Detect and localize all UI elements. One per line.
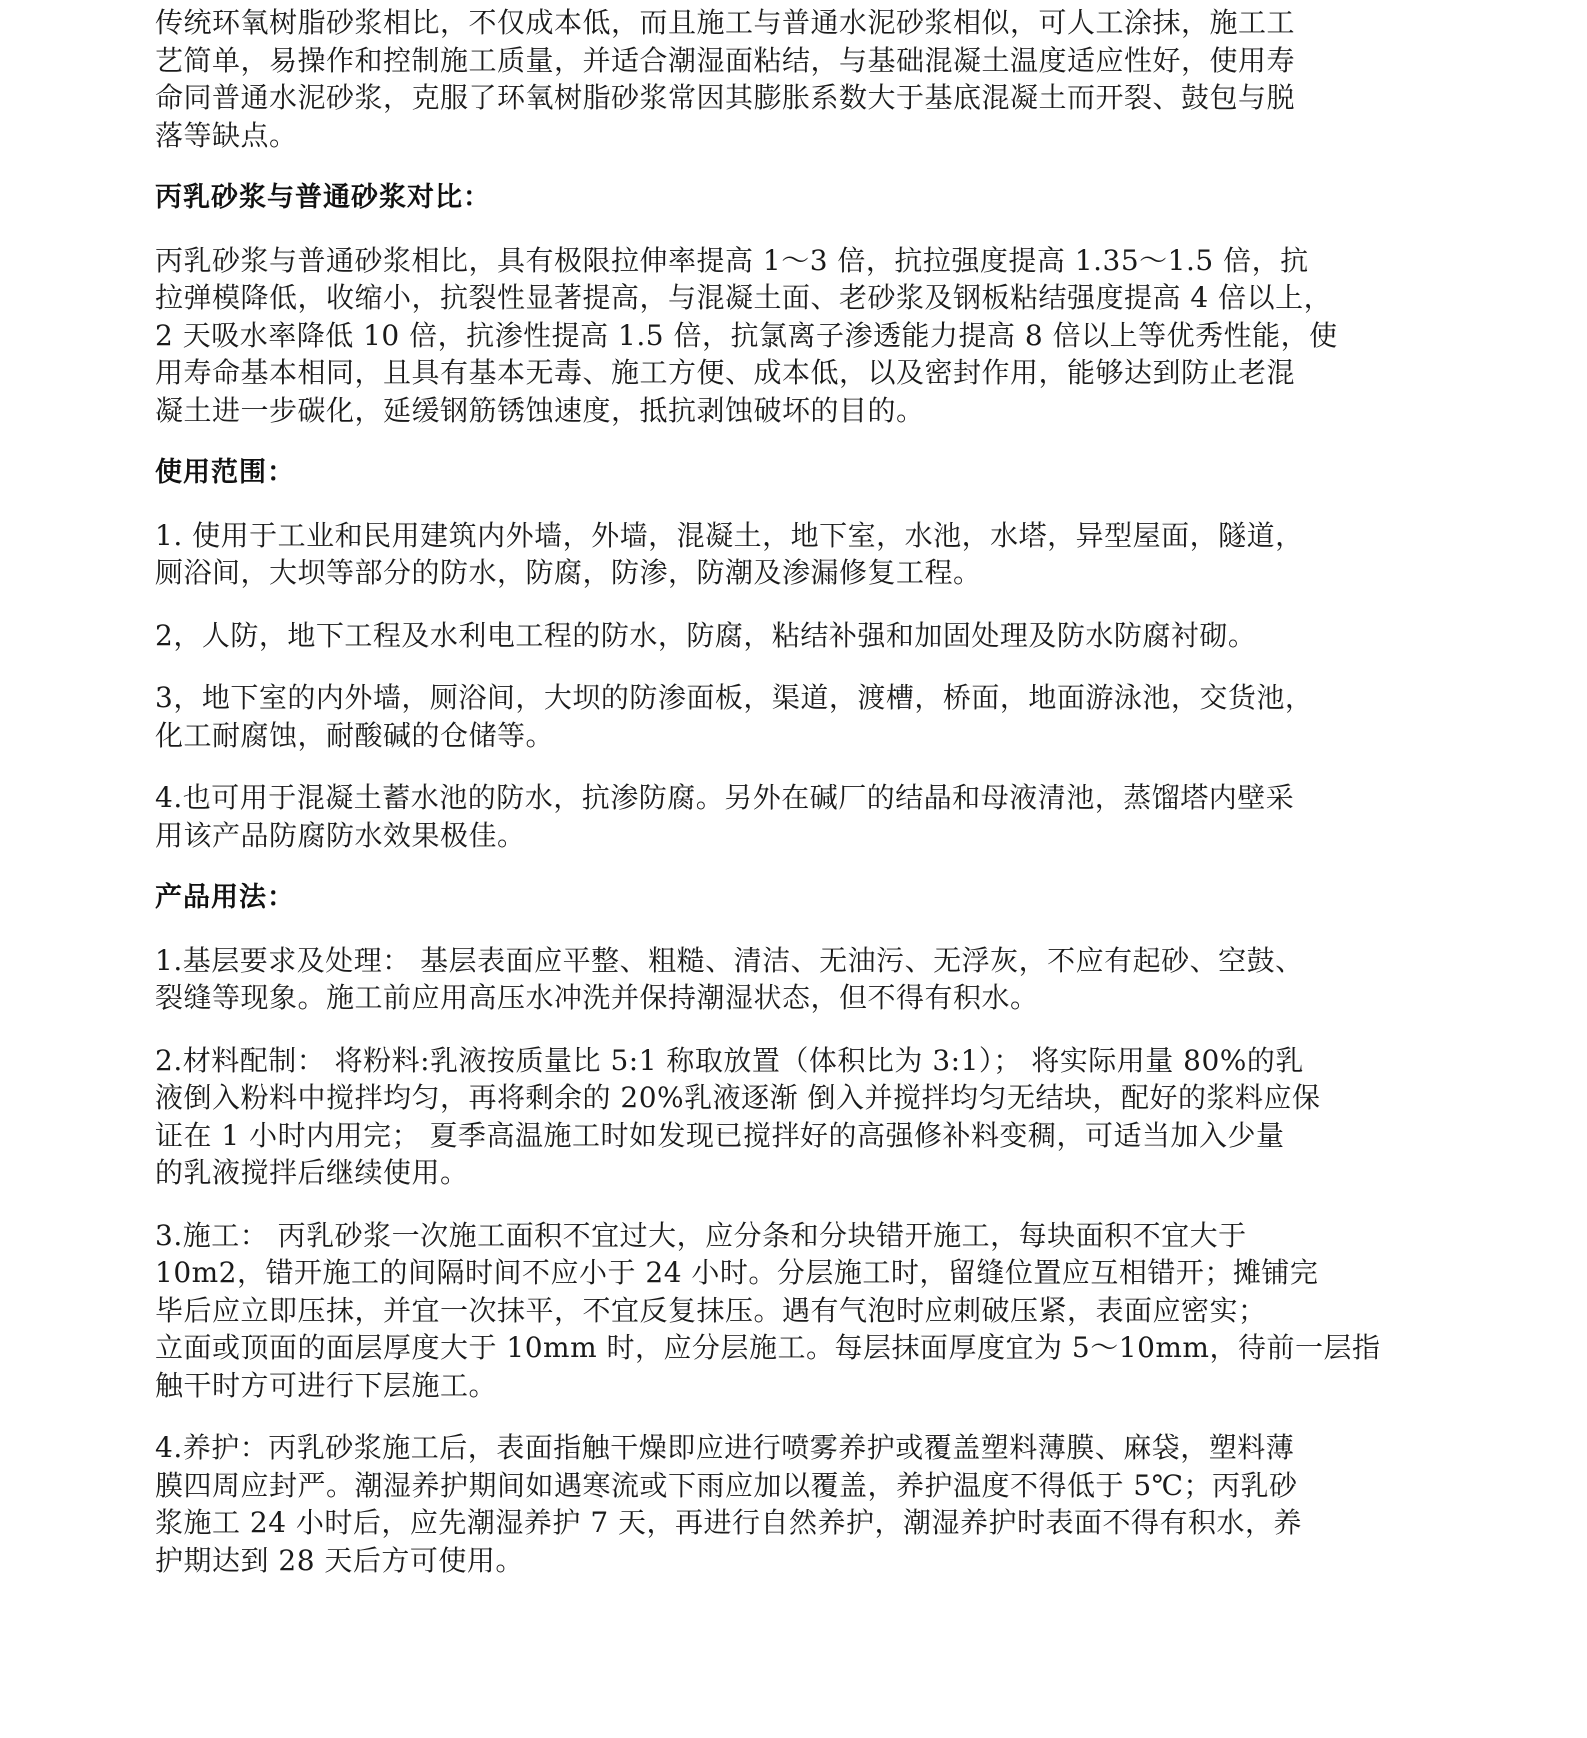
paragraph-scope-item-3: 3，地下室的内外墙，厕浴间，大坝的防渗面板，渠道，渡槽，桥面，地面游泳池，交货池… xyxy=(155,679,1455,754)
text-line: 膜四周应封严。潮湿养护期间如遇寒流或下雨应加以覆盖，养护温度不得低于 5℃；丙乳… xyxy=(155,1467,1455,1505)
text-line: 毕后应立即压抹，并宜一次抹平，不宜反复抹压。遇有气泡时应刺破压紧，表面应密实； xyxy=(155,1292,1455,1330)
paragraph-usage-step-3: 3.施工： 丙乳砂浆一次施工面积不宜过大，应分条和分块错开施工，每块面积不宜大于… xyxy=(155,1217,1455,1405)
text-line: 用寿命基本相同，且具有基本无毒、施工方便、成本低，以及密封作用，能够达到防止老混 xyxy=(155,354,1455,392)
text-line: 护期达到 28 天后方可使用。 xyxy=(155,1542,1455,1580)
paragraph-usage-step-1: 1.基层要求及处理： 基层表面应平整、粗糙、清洁、无油污、无浮灰，不应有起砂、空… xyxy=(155,942,1455,1017)
text-line: 4.养护：丙乳砂浆施工后，表面指触干燥即应进行喷雾养护或覆盖塑料薄膜、麻袋，塑料… xyxy=(155,1429,1455,1467)
paragraph-scope-item-1: 1. 使用于工业和民用建筑内外墙，外墙，混凝土，地下室，水池，水塔，异型屋面，隧… xyxy=(155,517,1455,592)
paragraph-scope-item-4: 4.也可用于混凝土蓄水池的防水，抗渗防腐。另外在碱厂的结晶和母液清池，蒸馏塔内壁… xyxy=(155,779,1455,854)
text-line: 4.也可用于混凝土蓄水池的防水，抗渗防腐。另外在碱厂的结晶和母液清池，蒸馏塔内壁… xyxy=(155,779,1455,817)
paragraph-usage-step-2: 2.材料配制： 将粉料:乳液按质量比 5:1 称取放置（体积比为 3:1）； 将… xyxy=(155,1042,1455,1192)
text-line: 的乳液搅拌后继续使用。 xyxy=(155,1154,1455,1192)
paragraph-usage-step-4: 4.养护：丙乳砂浆施工后，表面指触干燥即应进行喷雾养护或覆盖塑料薄膜、麻袋，塑料… xyxy=(155,1429,1455,1579)
text-line: 1. 使用于工业和民用建筑内外墙，外墙，混凝土，地下室，水池，水塔，异型屋面，隧… xyxy=(155,517,1455,555)
text-line: 命同普通水泥砂浆，克服了环氧树脂砂浆常因其膨胀系数大于基底混凝土而开裂、鼓包与脱 xyxy=(155,79,1455,117)
text-line: 艺简单，易操作和控制施工质量，并适合潮湿面粘结，与基础混凝土温度适应性好，使用寿 xyxy=(155,42,1455,80)
document-page: 传统环氧树脂砂浆相比，不仅成本低，而且施工与普通水泥砂浆相似，可人工涂抹，施工工… xyxy=(155,4,1455,1604)
text-line: 立面或顶面的面层厚度大于 10mm 时，应分层施工。每层抹面厚度宜为 5～10m… xyxy=(155,1329,1455,1367)
text-line: 2 天吸水率降低 10 倍，抗渗性提高 1.5 倍，抗氯离子渗透能力提高 8 倍… xyxy=(155,317,1455,355)
text-line: 3.施工： 丙乳砂浆一次施工面积不宜过大，应分条和分块错开施工，每块面积不宜大于 xyxy=(155,1217,1455,1255)
text-line: 2，人防，地下工程及水利电工程的防水，防腐，粘结补强和加固处理及防水防腐衬砌。 xyxy=(155,617,1455,655)
paragraph-scope-item-2: 2，人防，地下工程及水利电工程的防水，防腐，粘结补强和加固处理及防水防腐衬砌。 xyxy=(155,617,1455,655)
text-line: 传统环氧树脂砂浆相比，不仅成本低，而且施工与普通水泥砂浆相似，可人工涂抹，施工工 xyxy=(155,4,1455,42)
paragraph-comparison: 丙乳砂浆与普通砂浆相比，具有极限拉伸率提高 1～3 倍，抗拉强度提高 1.35～… xyxy=(155,242,1455,430)
text-line: 触干时方可进行下层施工。 xyxy=(155,1367,1455,1405)
heading-scope-of-use: 使用范围： xyxy=(155,454,1455,492)
text-line: 丙乳砂浆与普通砂浆相比，具有极限拉伸率提高 1～3 倍，抗拉强度提高 1.35～… xyxy=(155,242,1455,280)
text-line: 裂缝等现象。施工前应用高压水冲洗并保持潮湿状态，但不得有积水。 xyxy=(155,979,1455,1017)
text-line: 3，地下室的内外墙，厕浴间，大坝的防渗面板，渠道，渡槽，桥面，地面游泳池，交货池… xyxy=(155,679,1455,717)
paragraph-epoxy-comparison: 传统环氧树脂砂浆相比，不仅成本低，而且施工与普通水泥砂浆相似，可人工涂抹，施工工… xyxy=(155,4,1455,154)
text-line: 10m2，错开施工的间隔时间不应小于 24 小时。分层施工时，留缝位置应互相错开… xyxy=(155,1254,1455,1292)
text-line: 1.基层要求及处理： 基层表面应平整、粗糙、清洁、无油污、无浮灰，不应有起砂、空… xyxy=(155,942,1455,980)
text-line: 凝土进一步碳化，延缓钢筋锈蚀速度，抵抗剥蚀破坏的目的。 xyxy=(155,392,1455,430)
heading-comparison: 丙乳砂浆与普通砂浆对比： xyxy=(155,179,1455,217)
text-line: 液倒入粉料中搅拌均匀，再将剩余的 20%乳液逐渐 倒入并搅拌均匀无结块，配好的浆… xyxy=(155,1079,1455,1117)
text-line: 化工耐腐蚀，耐酸碱的仓储等。 xyxy=(155,717,1455,755)
text-line: 厕浴间，大坝等部分的防水，防腐，防渗，防潮及渗漏修复工程。 xyxy=(155,554,1455,592)
text-line: 浆施工 24 小时后，应先潮湿养护 7 天，再进行自然养护，潮湿养护时表面不得有… xyxy=(155,1504,1455,1542)
text-line: 落等缺点。 xyxy=(155,117,1455,155)
text-line: 证在 1 小时内用完； 夏季高温施工时如发现已搅拌好的高强修补料变稠，可适当加入… xyxy=(155,1117,1455,1155)
text-line: 2.材料配制： 将粉料:乳液按质量比 5:1 称取放置（体积比为 3:1）； 将… xyxy=(155,1042,1455,1080)
heading-product-usage: 产品用法： xyxy=(155,879,1455,917)
text-line: 拉弹模降低，收缩小，抗裂性显著提高，与混凝土面、老砂浆及钢板粘结强度提高 4 倍… xyxy=(155,279,1455,317)
text-line: 用该产品防腐防水效果极佳。 xyxy=(155,817,1455,855)
